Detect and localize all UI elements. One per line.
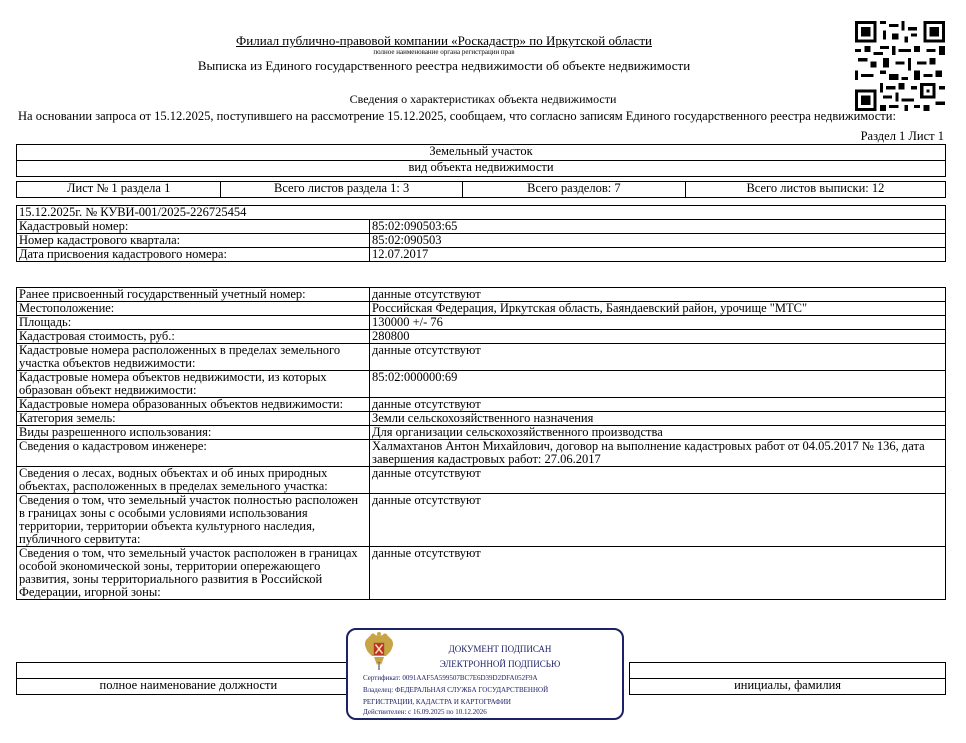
stamp-certificate: Сертификат: 0091AAF5A599507BC7E6D39D2DFA…	[363, 674, 538, 682]
table-row: Местоположение:Российская Федерация, Ирк…	[17, 302, 946, 316]
table-row: Номер кадастрового квартала: 85:02:09050…	[17, 234, 946, 248]
row-label: Категория земель:	[17, 412, 370, 426]
object-type: Земельный участок	[17, 145, 946, 161]
row-value: Халмахтанов Антон Михайлович, договор на…	[370, 440, 946, 467]
stamp-title-line2: ЭЛЕКТРОННОЙ ПОДПИСЬЮ	[410, 659, 590, 669]
row-label: Ранее присвоенный государственный учетны…	[17, 288, 370, 302]
row-label: Площадь:	[17, 316, 370, 330]
table-row: Ранее присвоенный государственный учетны…	[17, 288, 946, 302]
total-sheets-section: Всего листов раздела 1: 3	[221, 182, 463, 198]
table-row: Кадастровые номера расположенных в преде…	[17, 344, 946, 371]
row-label: Сведения о лесах, водных объектах и об и…	[17, 467, 370, 494]
row-value: Для организации сельскохозяйственного пр…	[370, 426, 946, 440]
row-label: Сведения о том, что земельный участок по…	[17, 494, 370, 547]
document-title: Выписка из Единого государственного реес…	[0, 58, 888, 74]
row-value: 130000 +/- 76	[370, 316, 946, 330]
row-value: 12.07.2017	[370, 248, 946, 262]
table-row: Кадастровый номер: 85:02:090503:65	[17, 220, 946, 234]
stamp-owner-line1: Владелец: ФЕДЕРАЛЬНАЯ СЛУЖБА ГОСУДАРСТВЕ…	[363, 686, 548, 694]
request-id: 15.12.2025г. № КУВИ-001/2025-226725454	[17, 206, 946, 220]
name-caption: инициалы, фамилия	[630, 679, 946, 695]
table-row: Кадастровые номера объектов недвижимости…	[17, 371, 946, 398]
characteristics-table: Ранее присвоенный государственный учетны…	[16, 287, 946, 600]
organization-caption: полное наименование органа регистрации п…	[0, 48, 888, 56]
row-label: Сведения о том, что земельный участок ра…	[17, 547, 370, 600]
row-label: Местоположение:	[17, 302, 370, 316]
table-row: Кадастровые номера образованных объектов…	[17, 398, 946, 412]
row-value: Земли сельскохозяйственного назначения	[370, 412, 946, 426]
stamp-owner-line2: РЕГИСТРАЦИИ, КАДАСТРА И КАРТОГРАФИИ	[363, 698, 511, 706]
section-subtitle: Сведения о характеристиках объекта недви…	[0, 92, 966, 107]
table-row: Категория земель:Земли сельскохозяйствен…	[17, 412, 946, 426]
table-row: Дата присвоения кадастрового номера: 12.…	[17, 248, 946, 262]
object-type-caption: вид объекта недвижимости	[17, 161, 946, 177]
stamp-title-line1: ДОКУМЕНТ ПОДПИСАН	[410, 644, 590, 654]
coat-of-arms-icon	[362, 632, 396, 670]
row-value: данные отсутствуют	[370, 467, 946, 494]
row-value: 85:02:090503	[370, 234, 946, 248]
table-row: Площадь:130000 +/- 76	[17, 316, 946, 330]
row-value: 85:02:000000:69	[370, 371, 946, 398]
row-value: данные отсутствуют	[370, 398, 946, 412]
row-label: Кадастровый номер:	[17, 220, 370, 234]
row-value: данные отсутствуют	[370, 547, 946, 600]
row-value: 280800	[370, 330, 946, 344]
basis-statement: На основании запроса от 15.12.2025, пост…	[18, 109, 896, 124]
position-field	[17, 663, 361, 679]
cadastral-info-table: 15.12.2025г. № КУВИ-001/2025-226725454 К…	[16, 205, 946, 262]
organization-name: Филиал публично-правовой компании «Роска…	[0, 33, 888, 49]
row-label: Кадастровая стоимость, руб.:	[17, 330, 370, 344]
row-value: данные отсутствуют	[370, 494, 946, 547]
row-value: данные отсутствуют	[370, 344, 946, 371]
table-row: Сведения о том, что земельный участок ра…	[17, 547, 946, 600]
row-label: Дата присвоения кадастрового номера:	[17, 248, 370, 262]
stamp-validity: Действителен: с 16.09.2025 по 10.12.2026	[363, 708, 487, 716]
table-row: Сведения о лесах, водных объектах и об и…	[17, 467, 946, 494]
row-label: Кадастровые номера объектов недвижимости…	[17, 371, 370, 398]
row-label: Номер кадастрового квартала:	[17, 234, 370, 248]
row-value: 85:02:090503:65	[370, 220, 946, 234]
position-caption: полное наименование должности	[17, 679, 361, 695]
electronic-signature-stamp: ДОКУМЕНТ ПОДПИСАН ЭЛЕКТРОННОЙ ПОДПИСЬЮ С…	[346, 628, 624, 720]
sheets-info-table: Лист № 1 раздела 1 Всего листов раздела …	[16, 181, 946, 198]
page-reference: Раздел 1 Лист 1	[861, 129, 944, 144]
table-row: Кадастровая стоимость, руб.:280800	[17, 330, 946, 344]
row-label: Сведения о кадастровом инженере:	[17, 440, 370, 467]
total-sections: Всего разделов: 7	[462, 182, 685, 198]
row-value: данные отсутствуют	[370, 288, 946, 302]
object-type-table: Земельный участок вид объекта недвижимос…	[16, 144, 946, 177]
row-label: Кадастровые номера расположенных в преде…	[17, 344, 370, 371]
table-row: Сведения о том, что земельный участок по…	[17, 494, 946, 547]
total-sheets-extract: Всего листов выписки: 12	[685, 182, 945, 198]
table-row: Виды разрешенного использования:Для орга…	[17, 426, 946, 440]
name-field	[630, 663, 946, 679]
row-label: Виды разрешенного использования:	[17, 426, 370, 440]
table-row: Сведения о кадастровом инженере:Халмахта…	[17, 440, 946, 467]
row-value: Российская Федерация, Иркутская область,…	[370, 302, 946, 316]
sheet-number: Лист № 1 раздела 1	[17, 182, 221, 198]
row-label: Кадастровые номера образованных объектов…	[17, 398, 370, 412]
